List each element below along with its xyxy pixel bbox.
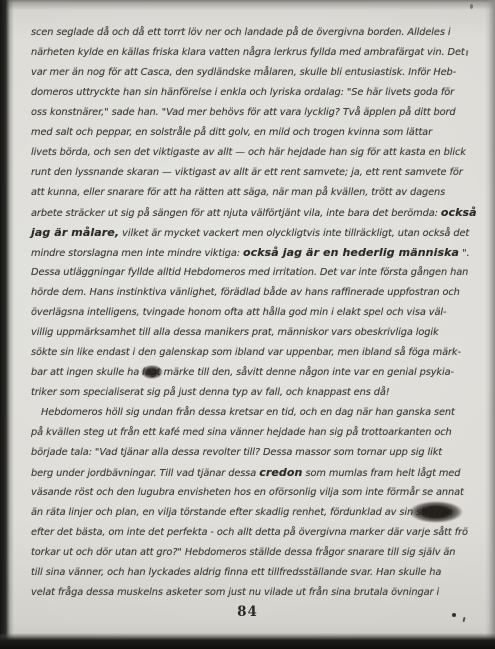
text-segment: arbete sträcker ut sig på sängen för att…: [31, 208, 441, 219]
text-line: triker som specialiserat sig på just den…: [31, 383, 477, 403]
text-line: bar att ingen skulle ha lagt märke till …: [31, 363, 477, 383]
text-line: torkar ut och dör utan att gro?" Hebdome…: [31, 543, 477, 563]
text-line: på kvällen steg ut från ett kafé med sin…: [31, 423, 477, 443]
text-line: närheten kylde en källas friska klara va…: [31, 43, 477, 63]
text-segment: sökte sin like endast i den galenskap so…: [31, 347, 461, 358]
scanned-page: scen seglade då och då ett torrt löv ner…: [0, 0, 495, 649]
text-segment: märke till den, såvitt denne någon inte …: [161, 367, 454, 378]
text-line: Dessa utläggningar fyllde alltid Hebdome…: [31, 263, 477, 283]
text-segment: efter det bästa, om inte det perfekta - …: [31, 527, 468, 538]
text-segment: överlägsna intelligens, tvingade honom o…: [31, 307, 446, 318]
text-line: scen seglade då och då ett torrt löv ner…: [31, 23, 477, 43]
text-line: till sina vänner, och han lyckades aldri…: [31, 563, 477, 583]
text-line: väsande röst och den lugubra envisheten …: [31, 483, 477, 503]
text-segment: runt den lyssnande skaran — viktigast av…: [31, 167, 463, 178]
text-line: livets börda, och sen det viktigaste av …: [31, 143, 477, 163]
text-segment: att kunna, eller snarare för att ha rätt…: [31, 187, 445, 198]
text-segment: torkar ut och dör utan att gro?" Hebdome…: [31, 547, 455, 558]
text-segment: vilket är mycket vackert men olyckligtvi…: [119, 228, 469, 239]
text-segment: bar att ingen skulle ha: [31, 367, 142, 378]
text-line: efter det bästa, om inte det perfekta - …: [31, 523, 477, 543]
text-line: oss konstnärer," sade han. "Vad mer behö…: [31, 103, 477, 123]
text-segment: närheten kylde en källas friska klara va…: [31, 47, 465, 58]
text-line: överlägsna intelligens, tvingade honom o…: [31, 303, 477, 323]
text-segment: mindre storslagna men inte mindre viktig…: [31, 248, 243, 259]
text-segment: Dessa utläggningar fyllde alltid Hebdome…: [31, 267, 468, 278]
text-segment: domeros uttryckte han sin hänförelse i e…: [31, 87, 454, 98]
text-segment: väsande röst och den lugubra envisheten …: [31, 487, 464, 498]
text-segment: villig uppmärksamhet till alla dessa man…: [31, 327, 439, 338]
scan-edge-left: [0, 0, 14, 649]
text-segment: till sina vänner, och han lyckades aldri…: [31, 567, 441, 578]
text-segment: som mumlas fram helt lågt med: [303, 468, 461, 479]
text-line: villig uppmärksamhet till alla dessa man…: [31, 323, 477, 343]
text-line: att kunna, eller snarare för att ha rätt…: [31, 183, 477, 203]
ink-speck: [452, 613, 456, 617]
text-segment: lagt: [142, 367, 160, 378]
scan-edge-bottom: [0, 633, 495, 649]
text-line: mindre storslagna men inte mindre viktig…: [31, 243, 477, 263]
text-segment: livets börda, och sen det viktigaste av …: [31, 147, 466, 158]
text-line: var mer än nog för att Casca, den sydlän…: [31, 63, 477, 83]
text-segment: strävan: [416, 507, 452, 518]
text-segment: på kvällen steg ut från ett kafé med sin…: [31, 427, 452, 438]
text-segment: Hebdomeros höll sig undan från dessa kre…: [41, 407, 455, 418]
text-line: hörde dem. Hans instinktiva vänlighet, f…: [31, 283, 477, 303]
text-line: arbete sträcker ut sig på sängen för att…: [31, 203, 477, 223]
text-segment: än räta linjer och plan, en vilja törsta…: [31, 507, 416, 518]
text-segment: började tala: "Vad tjänar alla dessa rev…: [31, 447, 442, 458]
text-segment: med salt och peppar, en solstråle på dit…: [31, 127, 432, 138]
page-number: 84: [0, 604, 495, 620]
text-line: sökte sin like endast i den galenskap so…: [31, 343, 477, 363]
text-line: jag är målare, vilket är mycket vackert …: [31, 223, 477, 243]
scan-edge-top: [0, 0, 495, 10]
text-segment: oss konstnärer," sade han. "Vad mer behö…: [31, 107, 456, 118]
text-segment: ".: [459, 248, 469, 259]
text-segment: velat fråga dessa muskelns asketer som j…: [31, 587, 439, 598]
text-segment: credon: [259, 466, 302, 479]
text-segment: också jag är en hederlig människa: [243, 246, 459, 259]
text-segment: triker som specialiserat sig på just den…: [31, 387, 390, 398]
scan-edge-right: [485, 0, 495, 649]
text-segment: berg under jordbävningar. Till vad tjäna…: [31, 468, 259, 479]
text-segment: hörde dem. Hans instinktiva vänlighet, f…: [31, 287, 460, 298]
text-line: runt den lyssnande skaran — viktigast av…: [31, 163, 477, 183]
text-segment: scen seglade då och då ett torrt löv ner…: [31, 27, 450, 38]
text-line: började tala: "Vad tjänar alla dessa rev…: [31, 443, 477, 463]
text-line: velat fråga dessa muskelns asketer som j…: [31, 583, 477, 603]
text-line: domeros uttryckte han sin hänförelse i e…: [31, 83, 477, 103]
text-segment: också: [441, 206, 477, 219]
text-line: med salt och peppar, en solstråle på dit…: [31, 123, 477, 143]
ink-speck: [470, 4, 473, 9]
text-segment: var mer än nog för att Casca, den sydlän…: [31, 67, 456, 78]
text-segment: jag är målare,: [31, 226, 119, 239]
text-line: berg under jordbävningar. Till vad tjäna…: [31, 463, 477, 483]
text-line: Hebdomeros höll sig undan från dessa kre…: [31, 403, 477, 423]
text-line: än räta linjer och plan, en vilja törsta…: [31, 503, 477, 523]
text-block: scen seglade då och då ett torrt löv ner…: [31, 23, 477, 603]
